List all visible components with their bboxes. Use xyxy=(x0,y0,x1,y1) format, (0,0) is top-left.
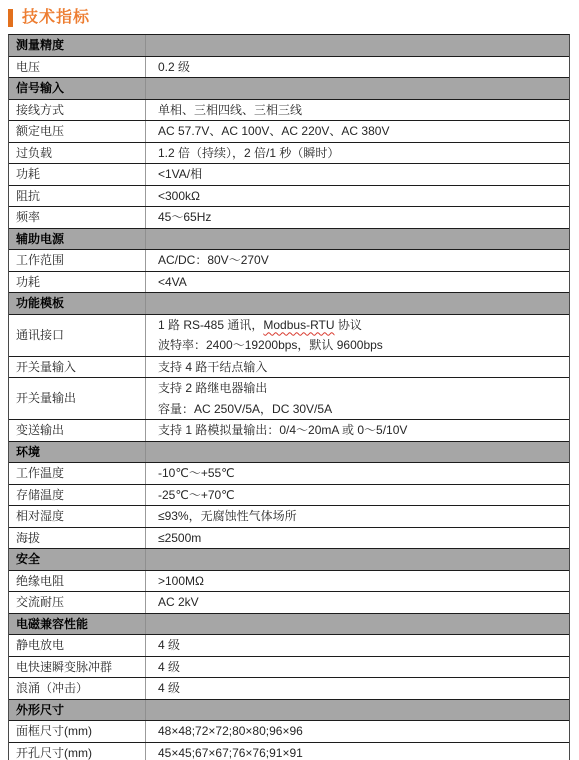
spec-row: 变送输出支持 1 路模拟量输出：0/4～20mA 或 0～5/10V xyxy=(9,420,569,442)
spec-row: 交流耐压AC 2kV xyxy=(9,592,569,614)
spec-value: 1.2 倍（持续），2 倍/1 秒（瞬时） xyxy=(146,143,569,164)
spec-row: 电压0.2 级 xyxy=(9,57,569,79)
spec-label: 额定电压 xyxy=(9,121,146,142)
spec-value-line: 48×48;72×72;80×80;96×96 xyxy=(158,721,569,742)
spec-label: 浪涌（冲击） xyxy=(9,678,146,699)
spec-value: <300kΩ xyxy=(146,186,569,207)
spec-label: 通讯接口 xyxy=(9,315,146,356)
spec-value: -10℃～+55℃ xyxy=(146,463,569,484)
spec-row: 阻抗<300kΩ xyxy=(9,186,569,208)
spec-value-line: AC 57.7V、AC 100V、AC 220V、AC 380V xyxy=(158,121,569,142)
spec-label: 过负载 xyxy=(9,143,146,164)
spec-value: 45×45;67×67;76×76;91×91 xyxy=(146,743,569,760)
spec-value-line: 4 级 xyxy=(158,657,569,678)
spec-page: 技术指标 测量精度电压0.2 级信号输入接线方式单相、三相四线、三相三线额定电压… xyxy=(0,0,579,760)
spec-value-line: 1 路 RS-485 通讯，Modbus-RTU 协议 xyxy=(158,315,569,336)
spec-row: 绝缘电阻>100MΩ xyxy=(9,571,569,593)
spec-value-line: -25℃～+70℃ xyxy=(158,485,569,506)
spec-label: 频率 xyxy=(9,207,146,228)
section-header-label: 安全 xyxy=(9,549,146,570)
spec-value-line: 支持 1 路模拟量输出：0/4～20mA 或 0～5/10V xyxy=(158,420,569,441)
spec-value: 48×48;72×72;80×80;96×96 xyxy=(146,721,569,742)
spec-label: 海拔 xyxy=(9,528,146,549)
spec-label: 工作温度 xyxy=(9,463,146,484)
spec-value-line: 支持 2 路继电器输出 xyxy=(158,378,569,399)
spec-label: 开关量输出 xyxy=(9,378,146,419)
spec-row: 存储温度-25℃～+70℃ xyxy=(9,485,569,507)
spec-label: 相对湿度 xyxy=(9,506,146,527)
spec-value: 单相、三相四线、三相三线 xyxy=(146,100,569,121)
spec-value-line: >100MΩ xyxy=(158,571,569,592)
spec-value-line: -10℃～+55℃ xyxy=(158,463,569,484)
section-header-label: 电磁兼容性能 xyxy=(9,614,146,635)
spec-value: 支持 1 路模拟量输出：0/4～20mA 或 0～5/10V xyxy=(146,420,569,441)
spec-label: 工作范围 xyxy=(9,250,146,271)
title-accent-bar-icon xyxy=(8,9,13,27)
spec-row: 开关量输出支持 2 路继电器输出容量：AC 250V/5A，DC 30V/5A xyxy=(9,378,569,420)
spec-value: AC 2kV xyxy=(146,592,569,613)
section-header-label: 辅助电源 xyxy=(9,229,146,250)
spec-label: 功耗 xyxy=(9,272,146,293)
section-header-label: 环境 xyxy=(9,442,146,463)
spec-value-line: 45～65Hz xyxy=(158,207,569,228)
section-header-spacer xyxy=(146,442,569,463)
spec-value-line: ≤93%，无腐蚀性气体场所 xyxy=(158,506,569,527)
spec-value: <1VA/相 xyxy=(146,164,569,185)
spec-label: 开关量输入 xyxy=(9,357,146,378)
spec-row: 浪涌（冲击）4 级 xyxy=(9,678,569,700)
spec-label: 交流耐压 xyxy=(9,592,146,613)
spec-value-line: <1VA/相 xyxy=(158,164,569,185)
spec-row: 接线方式单相、三相四线、三相三线 xyxy=(9,100,569,122)
spec-value-line: 4 级 xyxy=(158,635,569,656)
section-header-spacer xyxy=(146,700,569,721)
spec-value-line: 单相、三相四线、三相三线 xyxy=(158,100,569,121)
spec-table: 测量精度电压0.2 级信号输入接线方式单相、三相四线、三相三线额定电压AC 57… xyxy=(8,34,570,760)
spec-value-line: 支持 4 路干结点输入 xyxy=(158,357,569,378)
spec-value-line: AC 2kV xyxy=(158,592,569,613)
spec-value: 支持 2 路继电器输出容量：AC 250V/5A，DC 30V/5A xyxy=(146,378,569,419)
spec-row: 开孔尺寸(mm)45×45;67×67;76×76;91×91 xyxy=(9,743,569,760)
spec-label: 阻抗 xyxy=(9,186,146,207)
section-header-row: 安全 xyxy=(9,549,569,571)
page-title: 技术指标 xyxy=(0,0,579,30)
page-title-text: 技术指标 xyxy=(22,8,90,28)
spec-value: 45～65Hz xyxy=(146,207,569,228)
spec-label: 静电放电 xyxy=(9,635,146,656)
spec-value: 4 级 xyxy=(146,635,569,656)
section-header-spacer xyxy=(146,35,569,56)
spec-row: 电快速瞬变脉冲群4 级 xyxy=(9,657,569,679)
spec-row: 过负载1.2 倍（持续），2 倍/1 秒（瞬时） xyxy=(9,143,569,165)
spec-value-line: 0.2 级 xyxy=(158,57,569,78)
section-header-spacer xyxy=(146,614,569,635)
spec-label: 电快速瞬变脉冲群 xyxy=(9,657,146,678)
section-header-label: 信号输入 xyxy=(9,78,146,99)
section-header-label: 测量精度 xyxy=(9,35,146,56)
spec-value-line: 45×45;67×67;76×76;91×91 xyxy=(158,743,569,760)
spec-value-line: ≤2500m xyxy=(158,528,569,549)
section-header-spacer xyxy=(146,78,569,99)
spec-value: 1 路 RS-485 通讯，Modbus-RTU 协议波特率：2400～1920… xyxy=(146,315,569,356)
spec-row: 工作温度-10℃～+55℃ xyxy=(9,463,569,485)
spec-row: 额定电压AC 57.7V、AC 100V、AC 220V、AC 380V xyxy=(9,121,569,143)
spec-row: 通讯接口1 路 RS-485 通讯，Modbus-RTU 协议波特率：2400～… xyxy=(9,315,569,357)
section-header-spacer xyxy=(146,549,569,570)
spec-value: 4 级 xyxy=(146,657,569,678)
spec-label: 功耗 xyxy=(9,164,146,185)
spec-value: ≤93%，无腐蚀性气体场所 xyxy=(146,506,569,527)
spec-row: 开关量输入支持 4 路干结点输入 xyxy=(9,357,569,379)
section-header-row: 环境 xyxy=(9,442,569,464)
spec-label: 绝缘电阻 xyxy=(9,571,146,592)
spec-value: <4VA xyxy=(146,272,569,293)
section-header-row: 功能模板 xyxy=(9,293,569,315)
section-header-row: 电磁兼容性能 xyxy=(9,614,569,636)
spec-value-line: <4VA xyxy=(158,272,569,293)
section-header-row: 测量精度 xyxy=(9,35,569,57)
spec-row: 功耗<4VA xyxy=(9,272,569,294)
section-header-row: 外形尺寸 xyxy=(9,700,569,722)
spec-label: 接线方式 xyxy=(9,100,146,121)
spec-label: 面框尺寸(mm) xyxy=(9,721,146,742)
spec-value: >100MΩ xyxy=(146,571,569,592)
spec-row: 工作范围AC/DC：80V～270V xyxy=(9,250,569,272)
spec-value: 4 级 xyxy=(146,678,569,699)
spec-value-line: 容量：AC 250V/5A，DC 30V/5A xyxy=(158,399,569,420)
spec-label: 电压 xyxy=(9,57,146,78)
spec-value: AC 57.7V、AC 100V、AC 220V、AC 380V xyxy=(146,121,569,142)
spec-value-line: AC/DC：80V～270V xyxy=(158,250,569,271)
section-header-label: 外形尺寸 xyxy=(9,700,146,721)
spec-value-line: <300kΩ xyxy=(158,186,569,207)
spec-value: ≤2500m xyxy=(146,528,569,549)
spec-label: 开孔尺寸(mm) xyxy=(9,743,146,760)
spec-value: -25℃～+70℃ xyxy=(146,485,569,506)
spellcheck-underlined-word: Modbus-RTU xyxy=(263,318,334,332)
spec-value-line: 1.2 倍（持续），2 倍/1 秒（瞬时） xyxy=(158,143,569,164)
section-header-row: 信号输入 xyxy=(9,78,569,100)
spec-value-line: 4 级 xyxy=(158,678,569,699)
spec-row: 静电放电4 级 xyxy=(9,635,569,657)
spec-row: 功耗<1VA/相 xyxy=(9,164,569,186)
spec-label: 存储温度 xyxy=(9,485,146,506)
spec-label: 变送输出 xyxy=(9,420,146,441)
spec-row: 相对湿度≤93%，无腐蚀性气体场所 xyxy=(9,506,569,528)
section-header-label: 功能模板 xyxy=(9,293,146,314)
section-header-row: 辅助电源 xyxy=(9,229,569,251)
section-header-spacer xyxy=(146,229,569,250)
spec-row: 面框尺寸(mm)48×48;72×72;80×80;96×96 xyxy=(9,721,569,743)
spec-value: AC/DC：80V～270V xyxy=(146,250,569,271)
spec-row: 海拔≤2500m xyxy=(9,528,569,550)
spec-value-line: 波特率：2400～19200bps，默认 9600bps xyxy=(158,335,569,356)
spec-value: 支持 4 路干结点输入 xyxy=(146,357,569,378)
spec-row: 频率45～65Hz xyxy=(9,207,569,229)
spec-value: 0.2 级 xyxy=(146,57,569,78)
section-header-spacer xyxy=(146,293,569,314)
